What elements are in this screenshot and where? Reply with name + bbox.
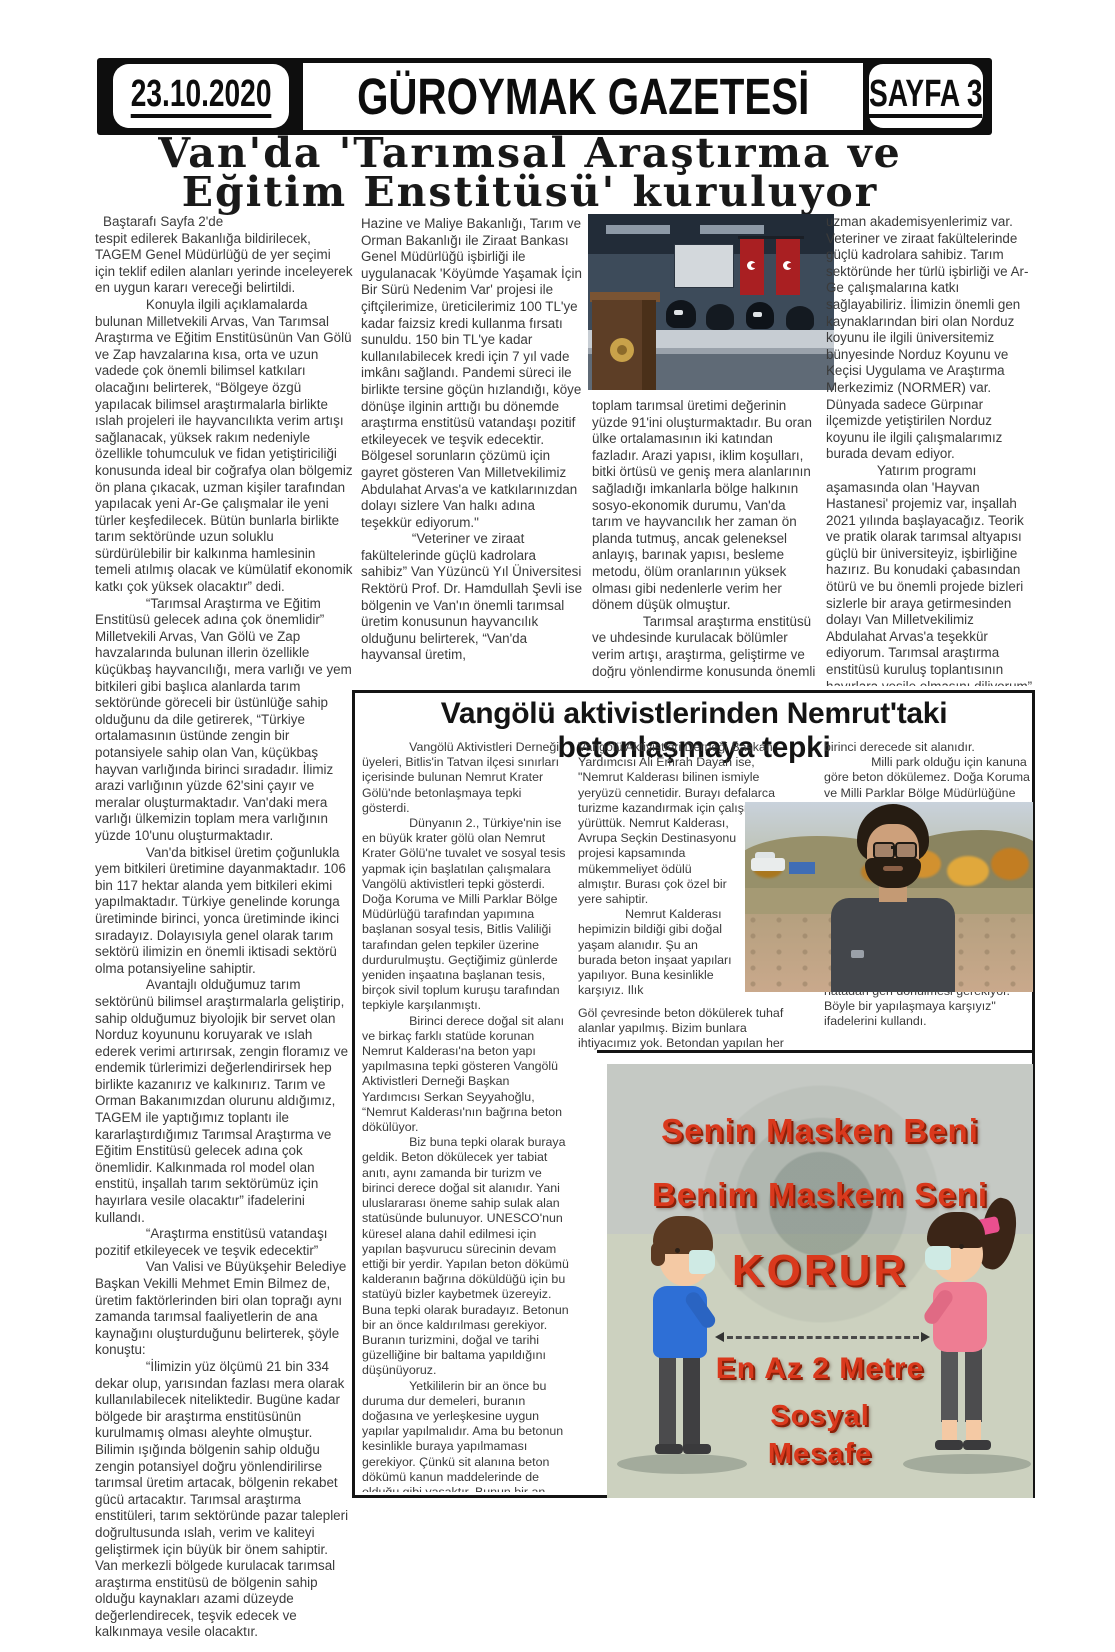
article1-column-4: uzman akademisyenlerimiz var. Veteriner … — [826, 214, 1033, 686]
mask-psa-poster: Senin Masken Beni Benim Maskem Seni KORU… — [607, 1064, 1033, 1498]
paragraph: Yetkililerin bir an önce bu duruma dur d… — [362, 1379, 570, 1492]
girl-figure — [897, 1196, 1033, 1492]
mouth — [883, 866, 903, 871]
page-number: SAYFA 3 — [869, 75, 983, 118]
autumn-trees — [947, 856, 989, 886]
shoe — [683, 1444, 711, 1454]
newspaper-title: GÜROYMAK GAZETESİ — [357, 71, 809, 122]
paragraph: “Araştırma enstitüsü vatandaşı pozitif e… — [95, 1226, 353, 1259]
masthead-title-box: GÜROYMAK GAZETESİ — [303, 63, 863, 130]
shadow — [617, 1454, 747, 1474]
paragraph: uzman akademisyenlerimiz var. Veteriner … — [826, 214, 1033, 463]
article1-headline: Van'da 'Tarımsal Araştırma ve Eğitim Ens… — [80, 134, 980, 212]
eye — [675, 1248, 680, 1253]
article1-column-3: toplam tarımsal üretimi değerinin yüzde … — [592, 398, 818, 678]
paragraph: “Tarımsal Araştırma ve Eğitim Enstitüsü … — [95, 596, 353, 845]
attendee — [786, 306, 814, 331]
ceiling-light — [700, 225, 764, 234]
issue-date: 23.10.2020 — [131, 75, 272, 118]
paragraph: Hazine ve Maliye Bakanlığı, Tarım ve Orm… — [361, 216, 583, 531]
newspaper-page: 23.10.2020 GÜROYMAK GAZETESİ SAYFA 3 Van… — [0, 0, 1115, 1652]
crescent-cut — [787, 263, 794, 268]
boy-figure — [617, 1202, 757, 1492]
shoe — [963, 1440, 991, 1450]
projection-screen — [674, 244, 734, 288]
ankle — [942, 1420, 957, 1442]
meeting-photo — [588, 214, 834, 390]
lectern-emblem — [610, 338, 634, 362]
article2-column-1: Vangölü Aktivistleri Derneği üyeleri, Bi… — [362, 740, 570, 1492]
shadow — [903, 1454, 1031, 1474]
headline-line-2: Eğitim Enstitüsü' kuruluyor — [80, 173, 980, 212]
page-number-box: SAYFA 3 — [869, 64, 983, 128]
lectern-shade — [642, 300, 656, 390]
face-mask — [689, 1250, 715, 1274]
leg — [659, 1352, 676, 1448]
paragraph: Biz buna tepki olarak buraya geldik. Bet… — [362, 1135, 570, 1378]
white-car — [751, 858, 785, 871]
article1-column-1: Baştarafı Sayfa 2'de tespit edilerek Bak… — [95, 214, 353, 1646]
paragraph: Baştarafı Sayfa 2'de — [95, 214, 353, 231]
activist-photo — [745, 802, 1033, 992]
paragraph: tespit edilerek Bakanlığa bildirilecek, … — [95, 231, 353, 297]
paragraph: toplam tarımsal üretimi değerinin yüzde … — [592, 398, 818, 614]
shoe — [655, 1444, 683, 1454]
paragraph: Van Valisi ve Büyükşehir Belediye Başkan… — [95, 1259, 353, 1359]
paragraph: Avantajlı olduğumuz tarım sektörünü bili… — [95, 977, 353, 1226]
masthead-bar: 23.10.2020 GÜROYMAK GAZETESİ SAYFA 3 — [97, 58, 992, 135]
section-divider — [597, 1050, 1033, 1053]
glasses-bridge — [891, 846, 896, 849]
paragraph: Vangölü Aktivistleri Derneği üyeleri, Bi… — [362, 740, 570, 816]
shirt-logo — [851, 950, 864, 958]
paragraph: Van'da bitkisel üretim çoğunlukla yem bi… — [95, 845, 353, 978]
turkish-flag-icon — [776, 239, 800, 295]
paragraph: Tarımsal araştırma enstitüsü ve uhdesind… — [592, 614, 818, 678]
turkish-flag-icon — [740, 239, 764, 295]
capri-leg — [941, 1348, 958, 1422]
poster-line-1: Senin Masken Beni — [607, 1112, 1033, 1150]
autumn-trees — [991, 848, 1029, 880]
hair — [927, 1212, 985, 1248]
emblem-center — [617, 345, 627, 355]
paragraph: Dünyanın 2., Türkiye'nin ise en büyük kr… — [362, 816, 570, 1014]
blue-tarp — [789, 862, 815, 874]
lectern — [592, 300, 656, 390]
attendee — [706, 304, 734, 330]
glasses-lens — [873, 842, 895, 859]
paragraph: Göl çevresinde beton dökülerek tuhaf ala… — [578, 1006, 792, 1050]
date-box: 23.10.2020 — [113, 64, 289, 128]
capri-leg — [965, 1348, 982, 1422]
eye — [959, 1244, 964, 1249]
man-torso — [831, 898, 955, 992]
hair-side — [651, 1242, 665, 1266]
paragraph: “İlimizin yüz ölçümü 21 bin 334 dekar ol… — [95, 1359, 353, 1641]
shoe — [935, 1440, 963, 1450]
article1-column-2: Hazine ve Maliye Bakanlığı, Tarım ve Orm… — [361, 216, 583, 678]
paragraph: birinci derecede sit alanıdır. — [824, 740, 1032, 755]
ankle — [966, 1420, 981, 1442]
paragraph: Yatırım programı aşamasında olan 'Hayvan… — [826, 463, 1033, 686]
paragraph: Konuyla ilgili açıklamalarda bulunan Mil… — [95, 297, 353, 596]
face-mask — [925, 1246, 951, 1270]
crescent-cut — [751, 263, 758, 268]
paragraph: “Veteriner ve ziraat fakültelerinde güçl… — [361, 531, 583, 664]
man-neck — [879, 886, 907, 902]
face-mask — [753, 312, 762, 317]
ceiling-light — [606, 225, 670, 234]
face-mask — [674, 310, 683, 315]
glasses-lens — [895, 842, 917, 859]
paragraph: Birinci derece doğal sit alanı ve birkaç… — [362, 1014, 570, 1136]
leg — [683, 1352, 700, 1448]
